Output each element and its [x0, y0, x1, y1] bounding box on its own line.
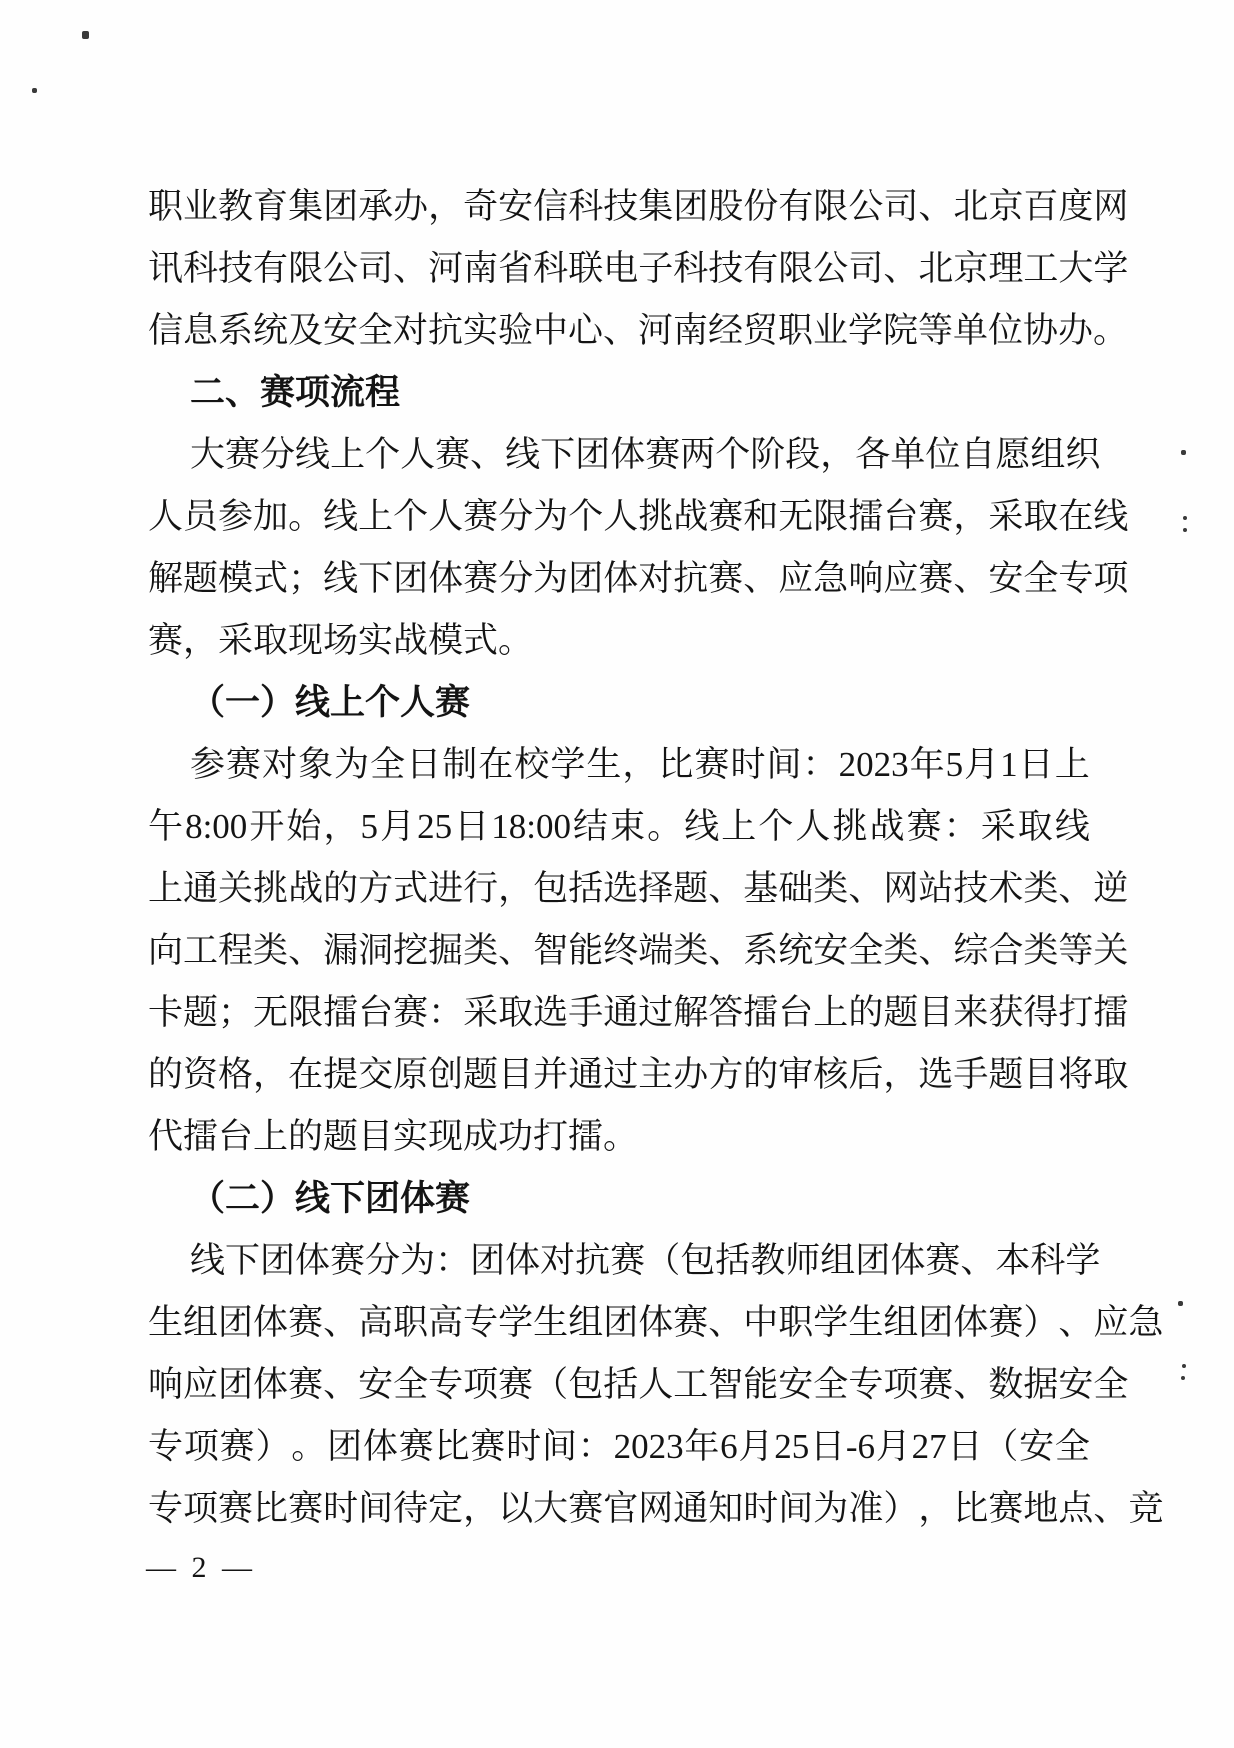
text-line: 生组团体赛、高职高专学生组团体赛、中职学生组团体赛）、应急	[148, 1292, 1090, 1354]
scan-artifact	[1178, 1301, 1183, 1306]
scan-artifact	[32, 88, 37, 93]
text-line: 卡题；无限擂台赛：采取选手通过解答擂台上的题目来获得打擂	[148, 982, 1090, 1044]
text-line: 上通关挑战的方式进行，包括选择题、基础类、网站技术类、逆	[148, 858, 1090, 920]
text-line: 代擂台上的题目实现成功打擂。	[148, 1106, 1090, 1168]
subsection-heading-offline-team: （二）线下团体赛	[148, 1168, 1090, 1230]
text-line: 信息系统及安全对抗实验中心、河南经贸职业学院等单位协办。	[148, 300, 1090, 362]
page-number: — 2 —	[146, 1548, 256, 1588]
document-page: 职业教育集团承办，奇安信科技集团股份有限公司、北京百度网 讯科技有限公司、河南省…	[0, 0, 1234, 1748]
text-line: 参赛对象为全日制在校学生，比赛时间：2023年5月1日上	[148, 734, 1090, 796]
subsection-heading-online-individual: （一）线上个人赛	[148, 672, 1090, 734]
text-line: 赛，采取现场实战模式。	[148, 610, 1090, 672]
text-line: 职业教育集团承办，奇安信科技集团股份有限公司、北京百度网	[148, 176, 1090, 238]
text-line: 解题模式；线下团体赛分为团体对抗赛、应急响应赛、安全专项	[148, 548, 1090, 610]
scan-artifact	[82, 31, 89, 39]
scan-artifact	[1181, 450, 1186, 455]
text-line: 人员参加。线上个人赛分为个人挑战赛和无限擂台赛，采取在线	[148, 486, 1090, 548]
text-line: 大赛分线上个人赛、线下团体赛两个阶段，各单位自愿组织	[148, 424, 1090, 486]
text-line: 专项赛）。团体赛比赛时间：2023年6月25日-6月27日（安全	[148, 1416, 1090, 1478]
scan-artifact	[1183, 516, 1187, 520]
document-text-block: 职业教育集团承办，奇安信科技集团股份有限公司、北京百度网 讯科技有限公司、河南省…	[148, 176, 1090, 1540]
text-line: 向工程类、漏洞挖掘类、智能终端类、系统安全类、综合类等关	[148, 920, 1090, 982]
scan-artifact	[1181, 1376, 1185, 1380]
text-line: 讯科技有限公司、河南省科联电子科技有限公司、北京理工大学	[148, 238, 1090, 300]
section-heading-2: 二、赛项流程	[148, 362, 1090, 424]
text-line: 线下团体赛分为：团体对抗赛（包括教师组团体赛、本科学	[148, 1230, 1090, 1292]
text-line: 的资格，在提交原创题目并通过主办方的审核后，选手题目将取	[148, 1044, 1090, 1106]
scan-artifact	[1182, 1364, 1186, 1368]
text-line: 响应团体赛、安全专项赛（包括人工智能安全专项赛、数据安全	[148, 1354, 1090, 1416]
scan-artifact	[1183, 528, 1187, 532]
text-line: 专项赛比赛时间待定，以大赛官网通知时间为准），比赛地点、竞	[148, 1478, 1090, 1540]
text-line: 午8:00开始，5月25日18:00结束。线上个人挑战赛：采取线	[148, 796, 1090, 858]
